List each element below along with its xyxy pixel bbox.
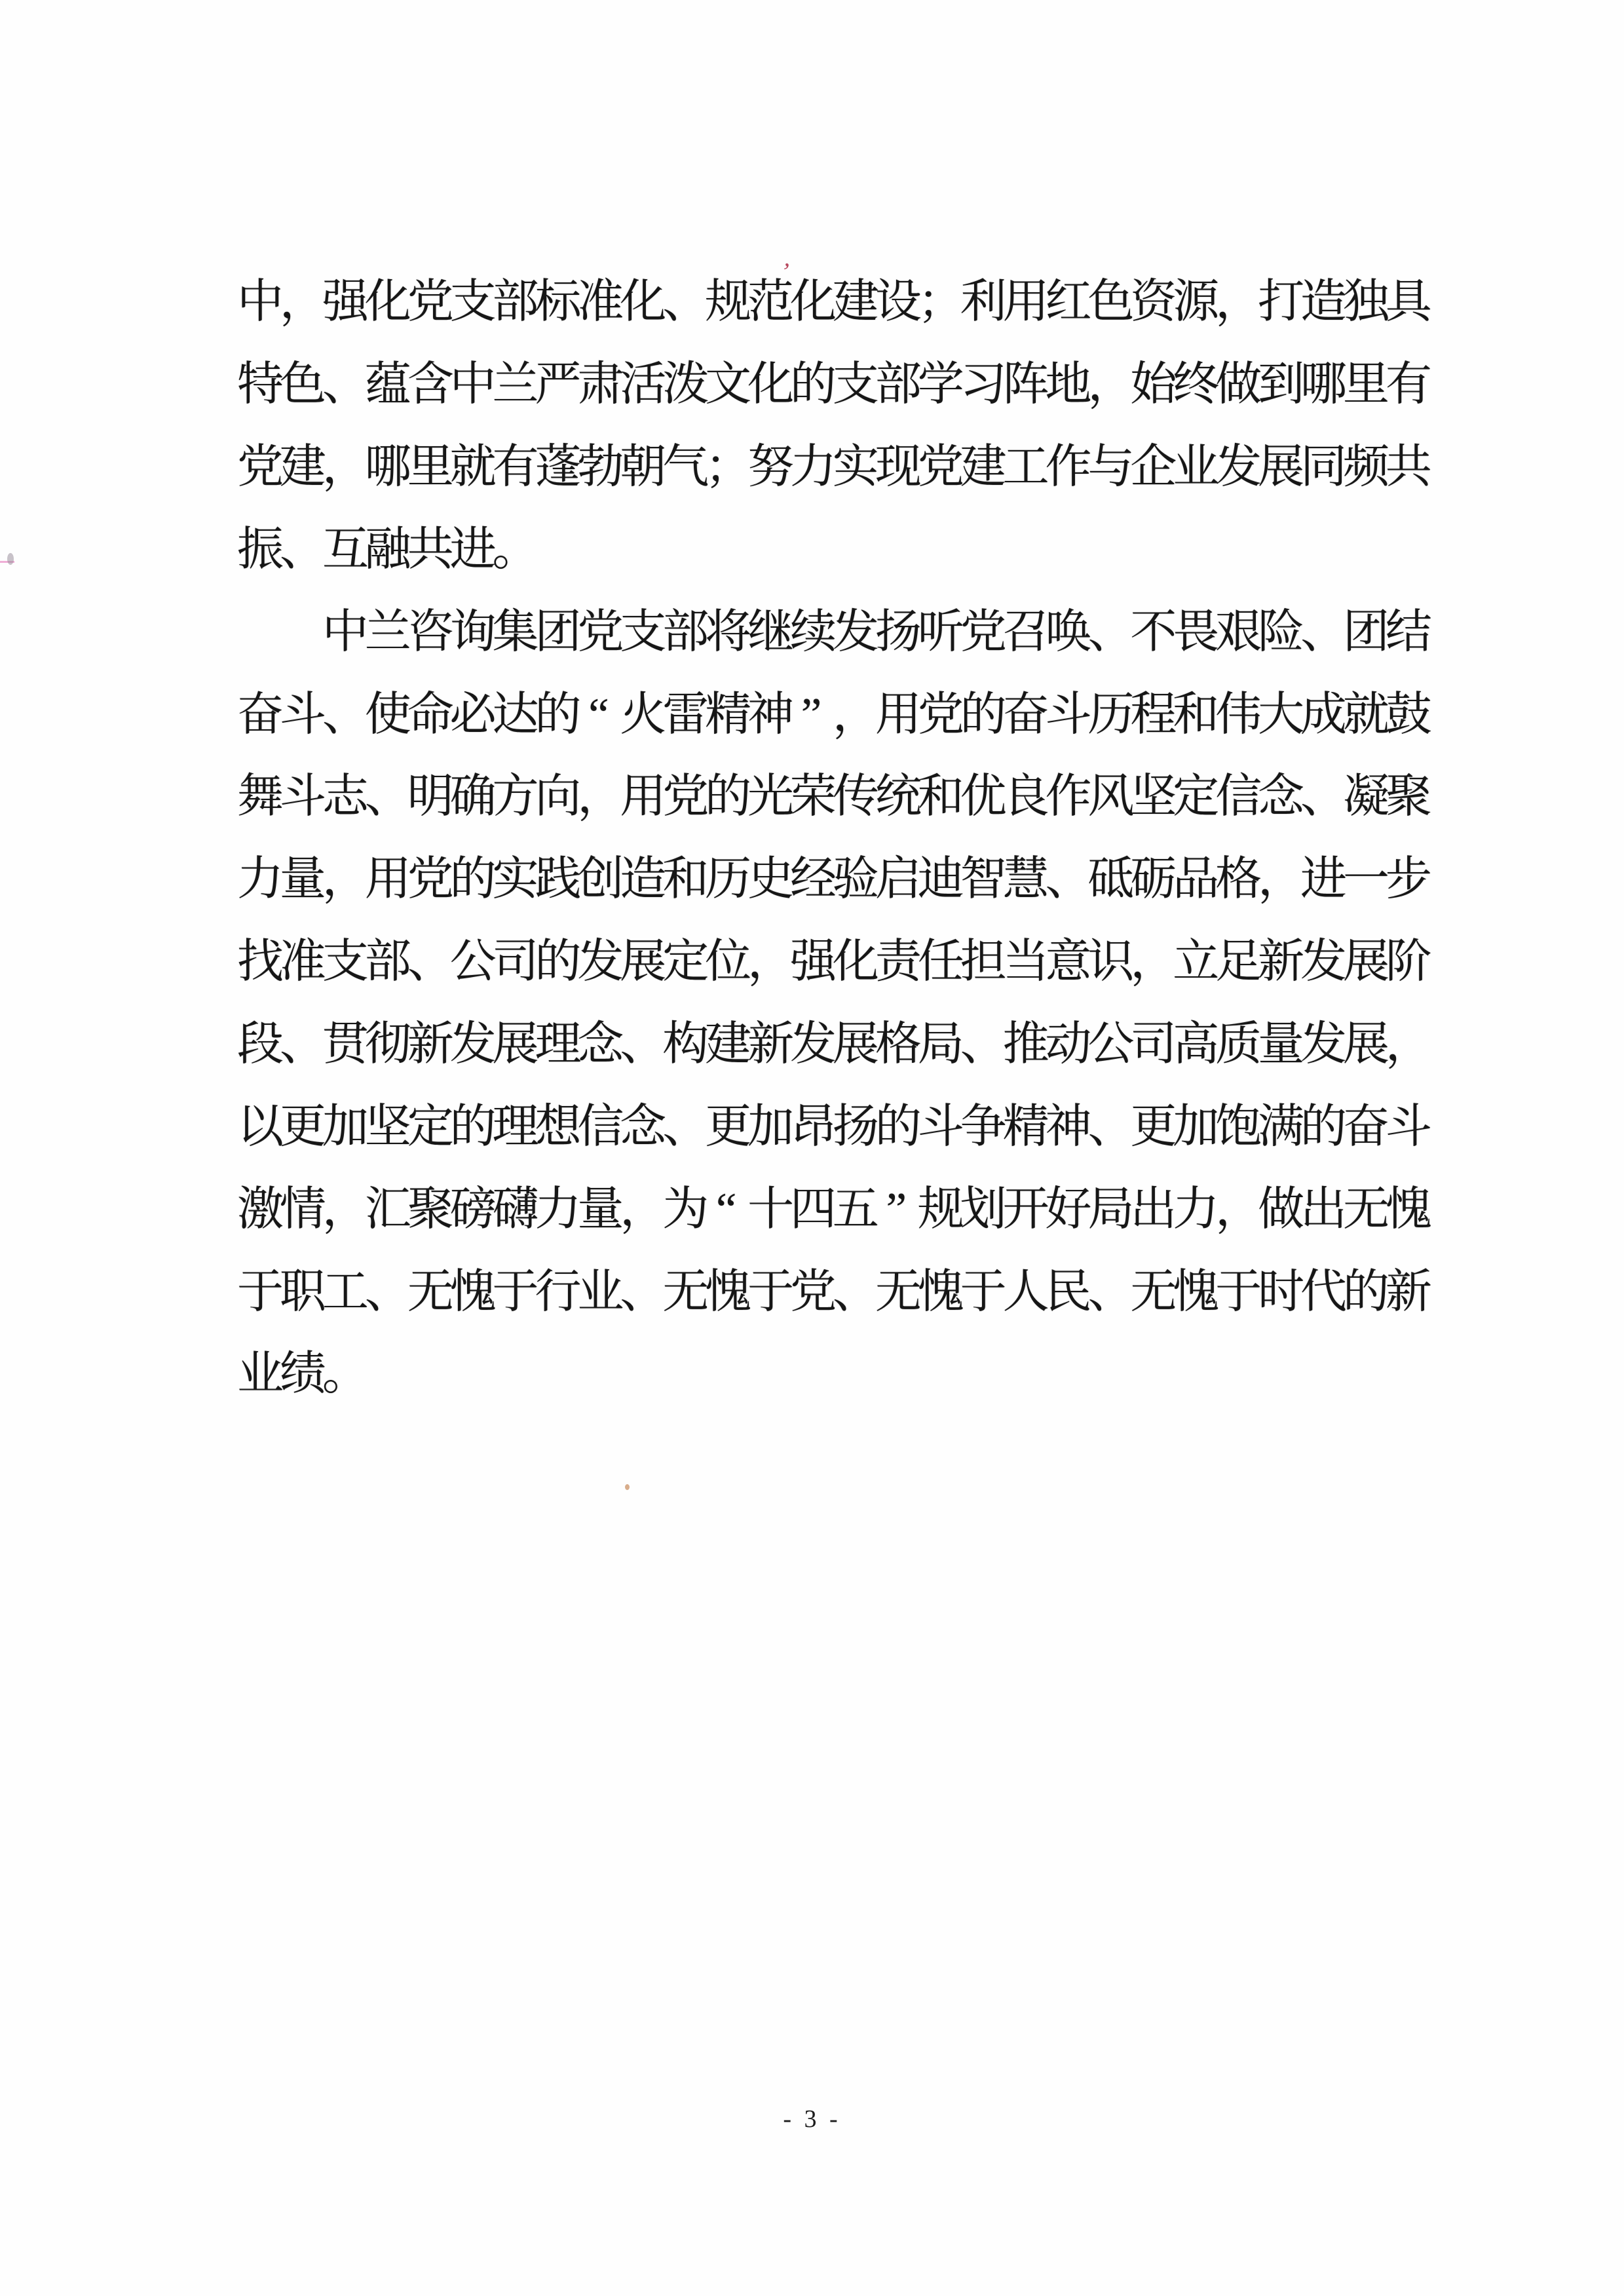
character: ， (322, 1187, 365, 1233)
character: 司 (1130, 1022, 1173, 1068)
character: 争 (960, 1104, 1003, 1151)
character: 兰 (493, 362, 535, 408)
character: 验 (833, 856, 875, 903)
character: 一 (1343, 856, 1386, 903)
character: 向 (535, 774, 577, 820)
character: 位 (705, 939, 747, 985)
character: 情 (280, 1187, 322, 1233)
character: 发 (833, 609, 875, 656)
character: ， (322, 856, 365, 903)
character: 泼 (662, 362, 705, 408)
character: 进 (450, 527, 493, 573)
character: 责 (875, 939, 918, 985)
character: 创 (577, 856, 620, 903)
character: 方 (493, 774, 535, 820)
character: 听 (918, 609, 960, 656)
character: 于 (1215, 1269, 1258, 1316)
character: 部 (875, 362, 918, 408)
character: 、 (1300, 609, 1343, 656)
character: 的 (960, 692, 1003, 738)
page-number: - 3 - (0, 2105, 1624, 2133)
character: 志 (322, 774, 365, 820)
character: 规 (705, 279, 747, 326)
character: 、 (322, 692, 365, 738)
character: 的 (535, 692, 577, 738)
character: 、 (365, 1269, 407, 1316)
character: 发 (1300, 939, 1343, 985)
character: 中 (322, 609, 365, 656)
character: 程 (1130, 692, 1173, 738)
character: 蓬 (535, 444, 577, 491)
character: 。 (493, 527, 535, 573)
character: 部 (662, 609, 705, 656)
text-line: 力量，用党的实践创造和历史经验启迪智慧、砥砺品格，进一步 (237, 839, 1428, 921)
character: 做 (1215, 362, 1258, 408)
character: ， (833, 692, 875, 738)
character: 新 (1386, 1269, 1428, 1316)
character: 化 (747, 362, 790, 408)
character: 打 (1258, 279, 1300, 326)
character: 经 (790, 856, 833, 903)
character: 不 (1130, 609, 1173, 656)
character: 步 (1386, 856, 1428, 903)
character: 支 (450, 279, 493, 326)
character: 念 (1258, 774, 1300, 820)
character: 、 (662, 279, 705, 326)
character: 的 (450, 1104, 493, 1151)
character: 努 (747, 444, 790, 491)
character: 立 (1173, 939, 1215, 985)
character: 团 (535, 609, 577, 656)
character: ， (280, 279, 322, 326)
character: 工 (322, 1269, 365, 1316)
character: 新 (747, 1022, 790, 1068)
character: 力 (790, 444, 833, 491)
character: 力 (237, 856, 280, 903)
character: 续 (790, 609, 833, 656)
character: 贯 (322, 1022, 365, 1068)
character: 强 (322, 279, 365, 326)
character: 唤 (1046, 609, 1088, 656)
character: 地 (1046, 362, 1088, 408)
character: 奋 (1343, 1104, 1386, 1151)
character: 于 (747, 1269, 790, 1316)
character: 优 (960, 774, 1003, 820)
character: 使 (365, 692, 407, 738)
character: 奋 (1003, 692, 1046, 738)
character: 畏 (1173, 609, 1215, 656)
character: 昂 (790, 1104, 833, 1151)
character: 和 (1173, 692, 1215, 738)
text-line: 于职工、无愧于行业、无愧于党、无愧于人民、无愧于时代的新 (237, 1251, 1428, 1333)
character: 活 (620, 362, 662, 408)
text-line: 奋斗、使命必达的“火雷精神”，用党的奋斗历程和伟大成就鼓 (237, 674, 1428, 756)
character: 以 (237, 1104, 280, 1151)
character: 党 (790, 1269, 833, 1316)
character: 企 (1130, 444, 1173, 491)
character: 、 (620, 1022, 662, 1068)
text-line: 以更加坚定的理想信念、更加昂扬的斗争精神、更加饱满的奋斗 (237, 1086, 1428, 1168)
character: 量 (1258, 1022, 1300, 1068)
character: 建 (705, 1022, 747, 1068)
character: 、 (407, 939, 450, 985)
character: ； (705, 444, 747, 491)
character: 找 (237, 939, 280, 985)
character: 党 (407, 856, 450, 903)
character: 集 (493, 609, 535, 656)
character: 段 (237, 1022, 280, 1068)
character: ， (577, 774, 620, 820)
character: 风 (1087, 774, 1130, 820)
character: 发 (1300, 1022, 1343, 1068)
character: 大 (1258, 692, 1300, 738)
character: 资 (1130, 279, 1173, 326)
character: 中 (450, 362, 493, 408)
character: 命 (407, 692, 450, 738)
text-line: 舞斗志、明确方向，用党的光荣传统和优良作风坚定信念、凝聚 (237, 756, 1428, 839)
character: 展 (1343, 1022, 1386, 1068)
character: 满 (1258, 1104, 1300, 1151)
character: 与 (1087, 444, 1130, 491)
character: 作 (1046, 444, 1088, 491)
character: 的 (1300, 1104, 1343, 1151)
text-line: 段、贯彻新发展理念、构建新发展格局、推动公司高质量发展， (237, 1004, 1428, 1086)
character: “ (705, 1187, 747, 1233)
character: 鼓 (1386, 692, 1428, 738)
character: 党 (960, 609, 1003, 656)
character: 火 (620, 692, 662, 738)
character: ， (1386, 1022, 1428, 1068)
character: 民 (1046, 1269, 1088, 1316)
character: 力 (535, 1187, 577, 1233)
character: 准 (577, 279, 620, 326)
character: 信 (577, 1104, 620, 1151)
character: 礴 (493, 1187, 535, 1233)
character: 加 (322, 1104, 365, 1151)
character: 发 (577, 939, 620, 985)
character: 坚 (365, 1104, 407, 1151)
character: 绩 (280, 1351, 322, 1398)
character: 发 (450, 1022, 493, 1068)
character: 伟 (1215, 692, 1258, 738)
character: 无 (407, 1269, 450, 1316)
character: 、 (662, 1104, 705, 1151)
character: 于 (493, 1269, 535, 1316)
character: 神 (747, 692, 790, 738)
character: ， (620, 1187, 662, 1233)
character: 定 (662, 939, 705, 985)
character: 始 (1130, 362, 1173, 408)
character: 新 (407, 1022, 450, 1068)
character: 精 (705, 692, 747, 738)
character: 咨 (407, 609, 450, 656)
character: 的 (790, 362, 833, 408)
character: 哪 (1300, 362, 1343, 408)
character: 更 (280, 1104, 322, 1151)
character: 聚 (407, 1187, 450, 1233)
character: 标 (535, 279, 577, 326)
character: 融 (365, 527, 407, 573)
character: 化 (790, 279, 833, 326)
character: 出 (1130, 1187, 1173, 1233)
character: 奋 (237, 692, 280, 738)
character: 慧 (1003, 856, 1046, 903)
character: 十 (747, 1187, 790, 1233)
character: 结 (1386, 609, 1428, 656)
character: 哪 (365, 444, 407, 491)
character: 召 (1003, 609, 1046, 656)
character: 局 (1087, 1187, 1130, 1233)
character: 、 (280, 1022, 322, 1068)
character: 斗 (1046, 692, 1088, 738)
character: 雷 (662, 692, 705, 738)
character: 中 (237, 279, 280, 326)
character: 理 (535, 1022, 577, 1068)
character: 用 (365, 856, 407, 903)
character: 担 (960, 939, 1003, 985)
character: 、 (280, 527, 322, 573)
character: 利 (960, 279, 1003, 326)
character: 高 (1173, 1022, 1215, 1068)
character: 良 (1003, 774, 1046, 820)
character: 五 (833, 1187, 875, 1233)
character: 足 (1215, 939, 1258, 985)
character: 人 (1003, 1269, 1046, 1316)
character: 、 (1087, 609, 1130, 656)
character: 的 (875, 1104, 918, 1151)
character: 于 (237, 1269, 280, 1316)
character: 公 (1087, 1022, 1130, 1068)
character: 作 (1046, 774, 1088, 820)
character: 意 (1046, 939, 1088, 985)
character: ” (875, 1187, 918, 1233)
character: 发 (1215, 444, 1258, 491)
character: 必 (450, 692, 493, 738)
character: 史 (747, 856, 790, 903)
character: 无 (875, 1269, 918, 1316)
character: 实 (833, 444, 875, 491)
character: 强 (790, 939, 833, 985)
scan-edge-blob (7, 553, 14, 565)
character: 、 (1046, 856, 1088, 903)
character: 出 (1300, 1187, 1343, 1233)
character: 迪 (918, 856, 960, 903)
character: 艰 (1215, 609, 1258, 656)
character: 光 (747, 774, 790, 820)
character: 严 (535, 362, 577, 408)
character: 时 (1258, 1269, 1300, 1316)
character: 斗 (918, 1104, 960, 1151)
character: 业 (577, 1269, 620, 1316)
character: 文 (705, 362, 747, 408)
character: 有 (1386, 362, 1428, 408)
character: 、 (365, 774, 407, 820)
character: 业 (237, 1351, 280, 1398)
character: 磅 (450, 1187, 493, 1233)
character: 勃 (577, 444, 620, 491)
character: 展 (1258, 444, 1300, 491)
character: 新 (1258, 939, 1300, 985)
character: 构 (662, 1022, 705, 1068)
character: 精 (1003, 1104, 1046, 1151)
character: 汇 (365, 1187, 407, 1233)
character: 准 (280, 939, 322, 985)
character: 局 (918, 1022, 960, 1068)
character: 智 (960, 856, 1003, 903)
character: 色 (280, 362, 322, 408)
character: 用 (875, 692, 918, 738)
character: 好 (1046, 1187, 1088, 1233)
character: 、 (1087, 1104, 1130, 1151)
character: 无 (662, 1269, 705, 1316)
character: 任 (918, 939, 960, 985)
character: “ (577, 692, 620, 738)
character: 含 (407, 362, 450, 408)
character: 共 (407, 527, 450, 573)
character: 团 (1343, 609, 1386, 656)
character: 造 (1300, 279, 1343, 326)
character: 聚 (1386, 774, 1428, 820)
character: 格 (1215, 856, 1258, 903)
character: 力 (1173, 1187, 1215, 1233)
character: ， (1215, 279, 1258, 326)
text-line: 振、互融共进。 (237, 509, 1428, 592)
character: 朝 (620, 444, 662, 491)
character: 念 (577, 1022, 620, 1068)
text-line: 激情，汇聚磅礴力量，为“十四五”规划开好局出力，做出无愧 (237, 1168, 1428, 1251)
character: 肃 (577, 362, 620, 408)
character: 斗 (280, 692, 322, 738)
character: 饱 (1215, 1104, 1258, 1151)
character: ， (1087, 362, 1130, 408)
character: 展 (620, 939, 662, 985)
character: 工 (1003, 444, 1046, 491)
character: 发 (790, 1022, 833, 1068)
character: 阶 (1386, 939, 1428, 985)
character: 化 (620, 279, 662, 326)
character: 同 (1300, 444, 1343, 491)
character: 加 (1173, 1104, 1215, 1151)
character: 传 (833, 774, 875, 820)
character: 和 (662, 856, 705, 903)
character: ； (918, 279, 960, 326)
character: 历 (1087, 692, 1130, 738)
character: 公 (450, 939, 493, 985)
character: 展 (493, 1022, 535, 1068)
character: 愧 (450, 1269, 493, 1316)
text-line: 中兰咨询集团党支部将继续发扬听党召唤、不畏艰险、团结 (237, 591, 1428, 674)
character: 砺 (1130, 856, 1173, 903)
character: 量 (280, 856, 322, 903)
character: 有 (493, 444, 535, 491)
character: 更 (705, 1104, 747, 1151)
character: 部 (365, 939, 407, 985)
character: 部 (493, 279, 535, 326)
character: 做 (1258, 1187, 1300, 1233)
character: 造 (620, 856, 662, 903)
character: 用 (620, 774, 662, 820)
character: 继 (747, 609, 790, 656)
character: 询 (450, 609, 493, 656)
character: 愧 (705, 1269, 747, 1316)
character: 、 (833, 1269, 875, 1316)
character: ” (790, 692, 833, 738)
character: 职 (280, 1269, 322, 1316)
character: 红 (1046, 279, 1088, 326)
character: 振 (237, 527, 280, 573)
character: 实 (493, 856, 535, 903)
character: 四 (790, 1187, 833, 1233)
character: 品 (1173, 856, 1215, 903)
scan-speck (625, 1484, 630, 1490)
character: 展 (833, 1022, 875, 1068)
character: 规 (918, 1187, 960, 1233)
character: 学 (918, 362, 960, 408)
character: 展 (1343, 939, 1386, 985)
character: 色 (1087, 279, 1130, 326)
character: 党 (918, 444, 960, 491)
character: 砥 (1087, 856, 1130, 903)
character: 的 (1343, 1269, 1386, 1316)
character: 的 (535, 939, 577, 985)
character: 愧 (1173, 1269, 1215, 1316)
character: 党 (237, 444, 280, 491)
document-page: 中，强化党支部标准化、规范化建设；利用红色资源，打造独具特色、蕴含中兰严肃活泼文… (0, 0, 1624, 2296)
paragraph: 中，强化党支部标准化、规范化建设；利用红色资源，打造独具特色、蕴含中兰严肃活泼文… (237, 261, 1428, 591)
character: 里 (1343, 362, 1386, 408)
character: 党 (577, 609, 620, 656)
character: 统 (875, 774, 918, 820)
character: 习 (960, 362, 1003, 408)
character: 扬 (875, 609, 918, 656)
text-line: 党建，哪里就有蓬勃朝气；努力实现党建工作与企业发展同频共 (237, 427, 1428, 509)
character: 气 (662, 444, 705, 491)
character: 推 (1003, 1022, 1046, 1068)
character: 为 (662, 1187, 705, 1233)
character: 达 (493, 692, 535, 738)
character: 业 (1173, 444, 1215, 491)
character: 范 (747, 279, 790, 326)
character: 行 (535, 1269, 577, 1316)
character: 无 (1343, 1187, 1386, 1233)
character: 特 (237, 362, 280, 408)
character: 里 (407, 444, 450, 491)
character: 启 (875, 856, 918, 903)
character: 就 (1343, 692, 1386, 738)
character: 定 (1173, 774, 1215, 820)
character: 共 (1386, 444, 1428, 491)
character: ， (747, 939, 790, 985)
character: 化 (365, 279, 407, 326)
character: 愧 (1386, 1187, 1428, 1233)
character: 更 (1130, 1104, 1173, 1151)
character: 斗 (280, 774, 322, 820)
character: 格 (875, 1022, 918, 1068)
character: 频 (1343, 444, 1386, 491)
character: 无 (1130, 1269, 1173, 1316)
character: 、 (960, 1022, 1003, 1068)
character: 神 (1046, 1104, 1088, 1151)
character: 识 (1087, 939, 1130, 985)
character: 支 (833, 362, 875, 408)
character: 划 (960, 1187, 1003, 1233)
character: 现 (875, 444, 918, 491)
character: 加 (747, 1104, 790, 1151)
character: 代 (1300, 1269, 1343, 1316)
character: 信 (1215, 774, 1258, 820)
text-line: 找准支部、公司的发展定位，强化责任担当意识，立足新发展阶 (237, 921, 1428, 1004)
character: ， (1258, 856, 1300, 903)
